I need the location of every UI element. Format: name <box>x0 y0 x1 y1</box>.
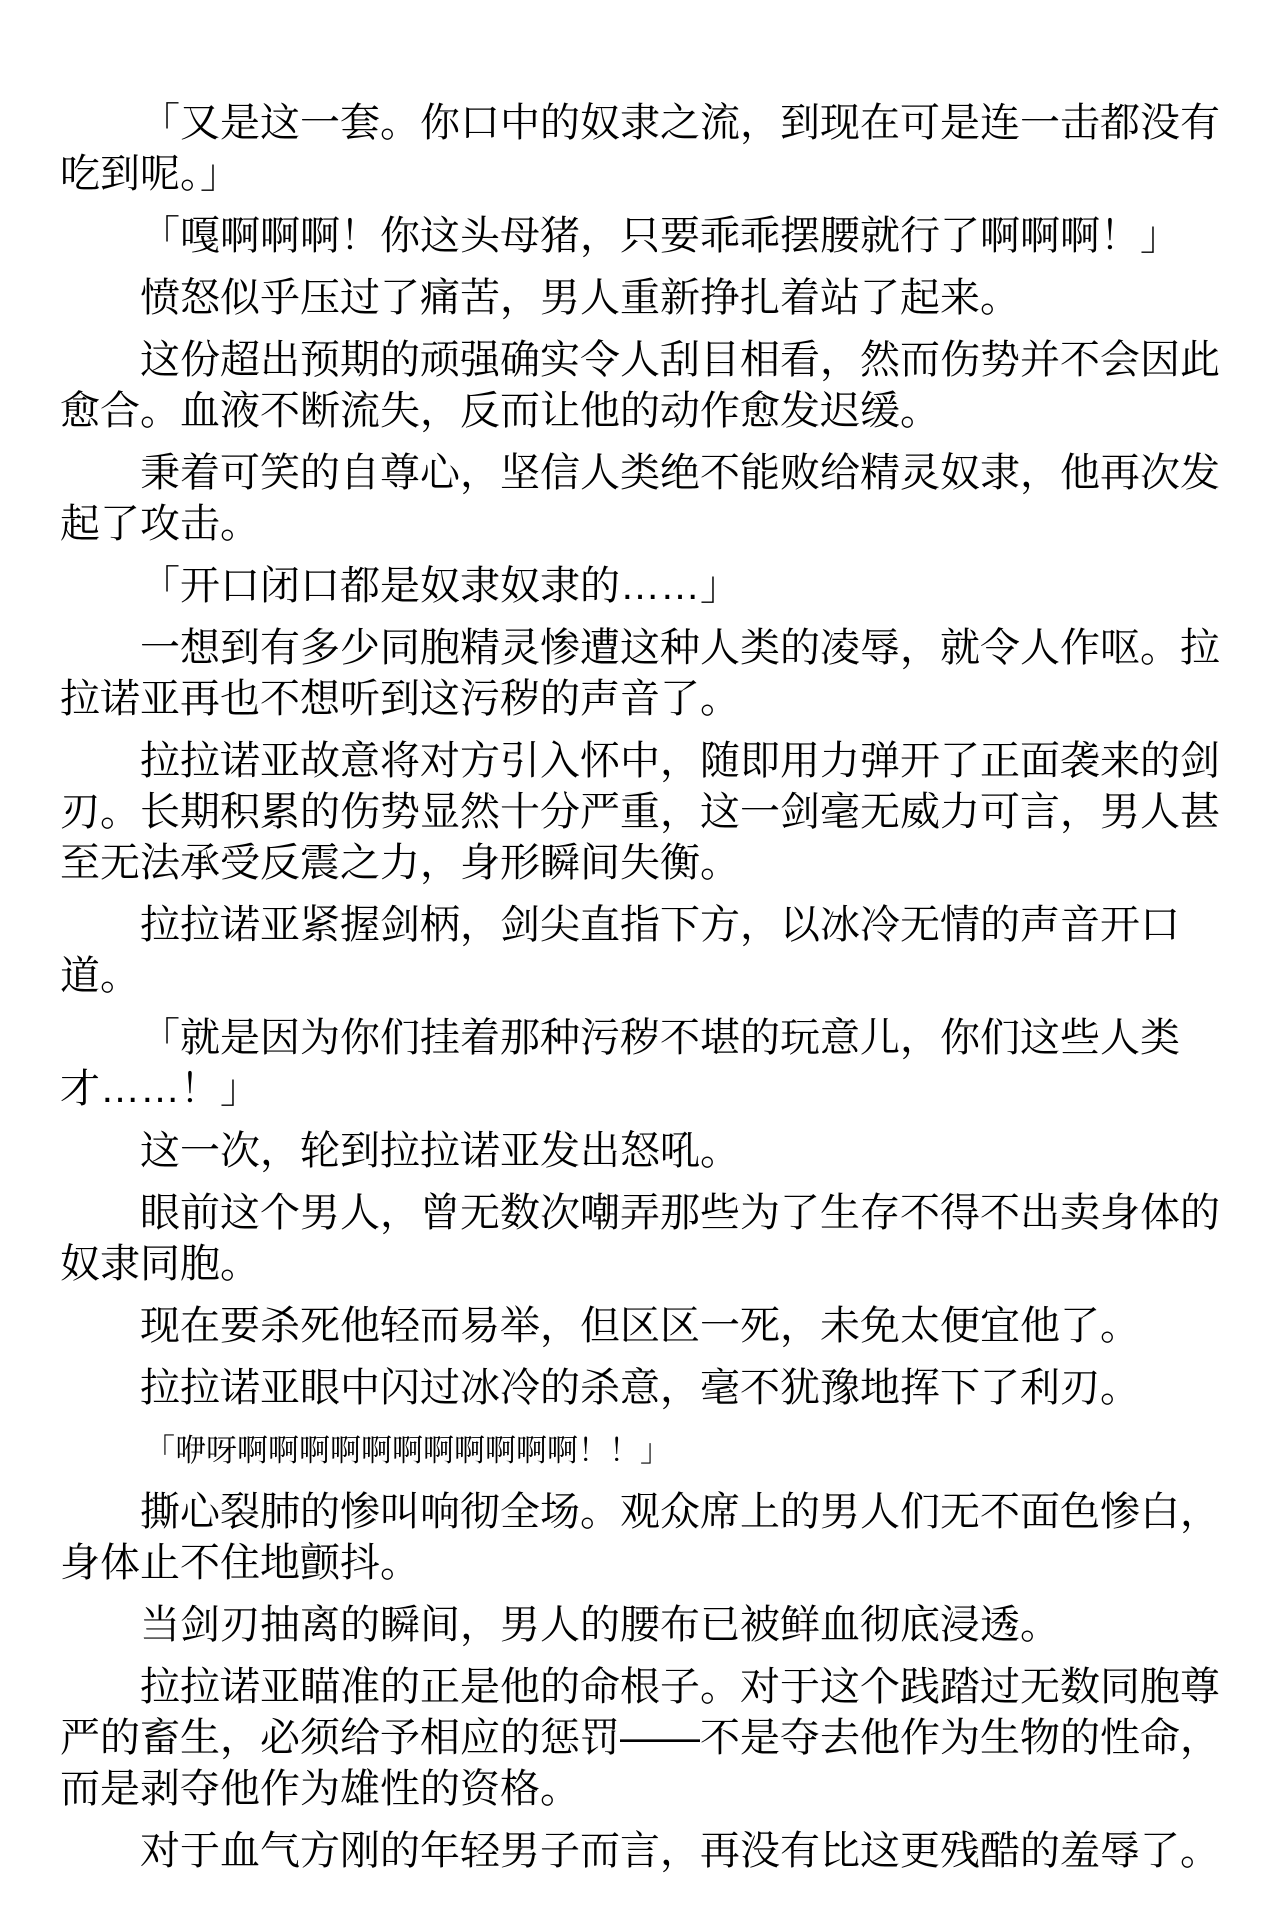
text-line: 至无法承受反震之力，身形瞬间失衡。 <box>60 838 1220 889</box>
dialogue-paragraph: 「嘎啊啊啊！你这头母猪，只要乖乖摆腰就行了啊啊啊！」 <box>60 211 1220 262</box>
text-line: 秉着可笑的自尊心，坚信人类绝不能败给精灵奴隶，他再次发 <box>60 448 1220 499</box>
text-line: 身体止不住地颤抖。 <box>60 1538 1220 1589</box>
text-line: 「开口闭口都是奴隶奴隶的……」 <box>60 561 1220 612</box>
text-line: 拉拉诺亚眼中闪过冰冷的杀意，毫不犹豫地挥下了利刃。 <box>60 1363 1220 1414</box>
text-line: 对于血气方刚的年轻男子而言，再没有比这更残酷的羞辱了。 <box>60 1826 1220 1877</box>
narration-paragraph: 一想到有多少同胞精灵惨遭这种人类的凌辱，就令人作呕。拉拉诺亚再也不想听到这污秽的… <box>60 623 1220 725</box>
text-line: 拉诺亚再也不想听到这污秽的声音了。 <box>60 674 1220 725</box>
text-line: 奴隶同胞。 <box>60 1239 1220 1290</box>
text-line: 「就是因为你们挂着那种污秽不堪的玩意儿，你们这些人类 <box>60 1013 1220 1064</box>
text-line: 拉拉诺亚紧握剑柄，剑尖直指下方，以冰冷无情的声音开口 <box>60 900 1220 951</box>
text-line: 起了攻击。 <box>60 499 1220 550</box>
narration-paragraph: 拉拉诺亚瞄准的正是他的命根子。对于这个践踏过无数同胞尊严的畜生，必须给予相应的惩… <box>60 1662 1220 1815</box>
narration-paragraph: 拉拉诺亚故意将对方引入怀中，随即用力弹开了正面袭来的剑刃。长期积累的伤势显然十分… <box>60 736 1220 889</box>
text-line: 「咿呀啊啊啊啊啊啊啊啊啊啊啊！！」 <box>60 1425 1220 1476</box>
page-content: 「又是这一套。你口中的奴隶之流，到现在可是连一击都没有吃到呢。」「嘎啊啊啊！你这… <box>0 0 1280 1909</box>
narration-paragraph: 愤怒似乎压过了痛苦，男人重新挣扎着站了起来。 <box>60 273 1220 324</box>
text-line: 这一次，轮到拉拉诺亚发出怒吼。 <box>60 1126 1220 1177</box>
text-line: 现在要杀死他轻而易举，但区区一死，未免太便宜他了。 <box>60 1301 1220 1352</box>
text-line: 拉拉诺亚故意将对方引入怀中，随即用力弹开了正面袭来的剑 <box>60 736 1220 787</box>
text-line: 愈合。血液不断流失，反而让他的动作愈发迟缓。 <box>60 386 1220 437</box>
text-line: 才……！」 <box>60 1064 1220 1115</box>
text-line: 刃。长期积累的伤势显然十分严重，这一剑毫无威力可言，男人甚 <box>60 787 1220 838</box>
narration-paragraph: 现在要杀死他轻而易举，但区区一死，未免太便宜他了。 <box>60 1301 1220 1352</box>
text-line: 「嘎啊啊啊！你这头母猪，只要乖乖摆腰就行了啊啊啊！」 <box>60 211 1220 262</box>
dialogue-paragraph: 「咿呀啊啊啊啊啊啊啊啊啊啊啊！！」 <box>60 1425 1220 1476</box>
text-line: 吃到呢。」 <box>60 149 1220 200</box>
text-line: 而是剥夺他作为雄性的资格。 <box>60 1764 1220 1815</box>
text-line: 当剑刃抽离的瞬间，男人的腰布已被鲜血彻底浸透。 <box>60 1600 1220 1651</box>
narration-paragraph: 这一次，轮到拉拉诺亚发出怒吼。 <box>60 1126 1220 1177</box>
narration-paragraph: 眼前这个男人，曾无数次嘲弄那些为了生存不得不出卖身体的奴隶同胞。 <box>60 1188 1220 1290</box>
narration-paragraph: 拉拉诺亚紧握剑柄，剑尖直指下方，以冰冷无情的声音开口道。 <box>60 900 1220 1002</box>
text-line: 愤怒似乎压过了痛苦，男人重新挣扎着站了起来。 <box>60 273 1220 324</box>
dialogue-paragraph: 「开口闭口都是奴隶奴隶的……」 <box>60 561 1220 612</box>
dialogue-paragraph: 「就是因为你们挂着那种污秽不堪的玩意儿，你们这些人类才……！」 <box>60 1013 1220 1115</box>
text-line: 撕心裂肺的惨叫响彻全场。观众席上的男人们无不面色惨白， <box>60 1487 1220 1538</box>
text-line: 这份超出预期的顽强确实令人刮目相看，然而伤势并不会因此 <box>60 335 1220 386</box>
text-line: 道。 <box>60 951 1220 1002</box>
text-line: 「又是这一套。你口中的奴隶之流，到现在可是连一击都没有 <box>60 98 1220 149</box>
narration-paragraph: 秉着可笑的自尊心，坚信人类绝不能败给精灵奴隶，他再次发起了攻击。 <box>60 448 1220 550</box>
narration-paragraph: 这份超出预期的顽强确实令人刮目相看，然而伤势并不会因此愈合。血液不断流失，反而让… <box>60 335 1220 437</box>
narration-paragraph: 拉拉诺亚眼中闪过冰冷的杀意，毫不犹豫地挥下了利刃。 <box>60 1363 1220 1414</box>
text-line: 眼前这个男人，曾无数次嘲弄那些为了生存不得不出卖身体的 <box>60 1188 1220 1239</box>
text-line: 严的畜生，必须给予相应的惩罚——不是夺去他作为生物的性命， <box>60 1713 1220 1764</box>
narration-paragraph: 撕心裂肺的惨叫响彻全场。观众席上的男人们无不面色惨白，身体止不住地颤抖。 <box>60 1487 1220 1589</box>
narration-paragraph: 对于血气方刚的年轻男子而言，再没有比这更残酷的羞辱了。 <box>60 1826 1220 1877</box>
dialogue-paragraph: 「又是这一套。你口中的奴隶之流，到现在可是连一击都没有吃到呢。」 <box>60 98 1220 200</box>
text-line: 拉拉诺亚瞄准的正是他的命根子。对于这个践踏过无数同胞尊 <box>60 1662 1220 1713</box>
narration-paragraph: 当剑刃抽离的瞬间，男人的腰布已被鲜血彻底浸透。 <box>60 1600 1220 1651</box>
text-line: 一想到有多少同胞精灵惨遭这种人类的凌辱，就令人作呕。拉 <box>60 623 1220 674</box>
